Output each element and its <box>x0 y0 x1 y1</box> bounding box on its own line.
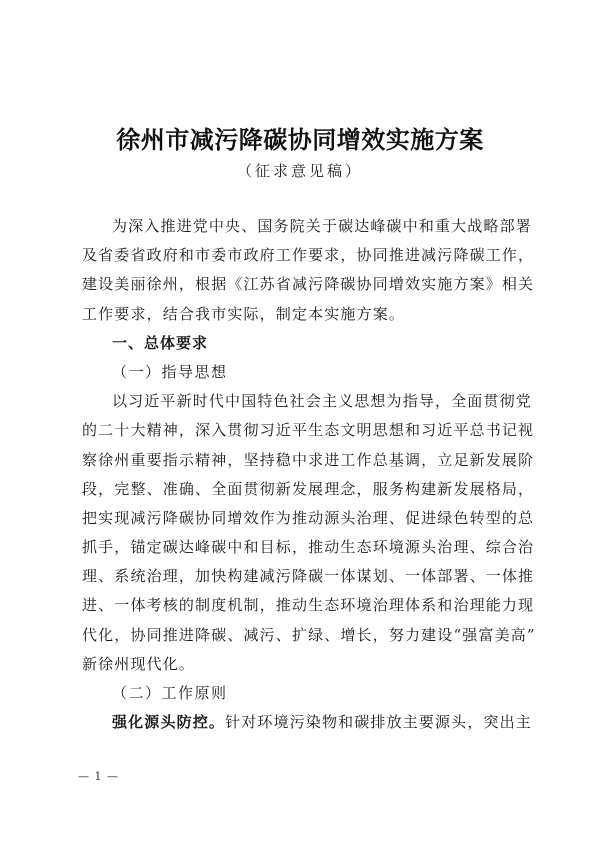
guiding-line: 察徐州重要指示精神，坚持稳中求进工作总基调，立足新发展阶 <box>82 446 528 475</box>
document-subtitle: （征求意见稿） <box>0 160 600 181</box>
guiding-line: 把实现减污降碳协同增效作为推动源头治理、促进绿色转型的总 <box>82 504 528 533</box>
guiding-line: 新徐州现代化。 <box>82 650 528 679</box>
document-title: 徐州市减污降碳协同增效实施方案 <box>0 120 600 155</box>
intro-line: 为深入推进党中央、国务院关于碳达峰碳中和重大战略部署 <box>82 212 528 241</box>
subsection-heading: （一）指导思想 <box>82 358 528 387</box>
guiding-line: 代化，协同推进降碳、减污、扩绿、增长，努力建设“强富美高” <box>82 621 528 650</box>
section-heading: 一、总体要求 <box>82 329 528 358</box>
guiding-line: 理、系统治理，加快构建减污降碳一体谋划、一体部署、一体推 <box>82 562 528 591</box>
guiding-line: 的二十大精神，深入贯彻习近平生态文明思想和习近平总书记视 <box>82 416 528 445</box>
page-number: — 1 — <box>78 770 119 783</box>
intro-line: 建设美丽徐州，根据《江苏省减污降碳协同增效实施方案》相关 <box>82 270 528 299</box>
principle-lead: 强化源头防控。 <box>112 713 225 731</box>
intro-line: 工作要求，结合我市实际，制定本实施方案。 <box>82 300 528 329</box>
guiding-line: 抓手，锚定碳达峰碳中和目标，推动生态环境源头治理、综合治 <box>82 533 528 562</box>
guiding-line: 进、一体考核的制度机制，推动生态环境治理体系和治理能力现 <box>82 591 528 620</box>
guiding-line: 以习近平新时代中国特色社会主义思想为指导，全面贯彻党 <box>82 387 528 416</box>
subsection-heading: （二）工作原则 <box>82 679 528 708</box>
intro-line: 及省委省政府和市委市政府工作要求，协同推进减污降碳工作， <box>82 241 528 270</box>
principle-text: 针对环境污染物和碳排放主要源头，突出主 <box>225 713 532 731</box>
guiding-line: 段，完整、准确、全面贯彻新发展理念，服务构建新发展格局， <box>82 475 528 504</box>
document-body: 为深入推进党中央、国务院关于碳达峰碳中和重大战略部署 及省委省政府和市委市政府工… <box>82 212 528 737</box>
principle-line: 强化源头防控。针对环境污染物和碳排放主要源头，突出主 <box>82 708 528 737</box>
document-page: 徐州市减污降碳协同增效实施方案 （征求意见稿） 为深入推进党中央、国务院关于碳达… <box>0 0 600 848</box>
